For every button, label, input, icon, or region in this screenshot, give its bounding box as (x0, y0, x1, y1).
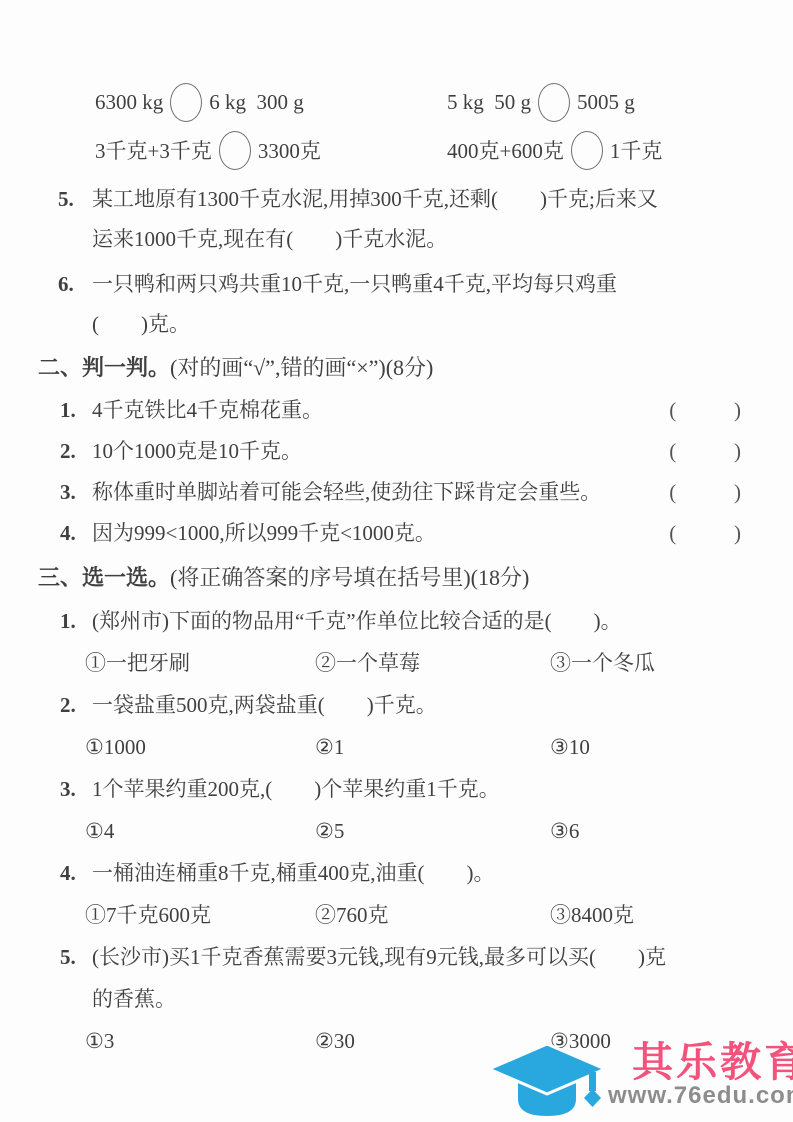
option-row: ①一把牙刷 ②一个草莓 ③一个冬瓜 (0, 642, 793, 684)
judge-item-4: 4. 因为999<1000,所以999千克<1000克。 ( ) (0, 513, 793, 554)
answer-bracket: ( ) (669, 513, 741, 554)
comparison-value: 3千克+3千克 (95, 135, 212, 165)
option-1: ①7千克600克 (85, 894, 315, 936)
question-line: 2.一袋盐重500克,两袋盐重( )千克。 (0, 684, 793, 726)
comparison-value: 400克+600克 (447, 135, 564, 165)
question-number: 3. (60, 768, 92, 810)
question-line: 的香蕉。 (0, 978, 793, 1020)
question-number: 2. (60, 684, 92, 726)
site-logo: 其乐教育 www.76edu.com (486, 1040, 793, 1118)
option-row: ①4 ②5 ③6 (0, 810, 793, 852)
question-text: 一桶油连桶重8千克,桶重400克,油重( )。 (92, 861, 495, 885)
question-text: 10个1000克是10千克。 (92, 431, 302, 472)
question-text: 一袋盐重500克,两袋盐重( )千克。 (92, 693, 437, 717)
option-3: ③10 (550, 726, 590, 768)
question-line: 1.(郑州市)下面的物品用“千克”作单位比较合适的是( )。 (0, 600, 793, 642)
section-note: (将正确答案的序号填在括号里)(18分) (170, 565, 529, 590)
comparison-value: 5005 g (577, 90, 635, 115)
choice-question-4: 4.一桶油连桶重8千克,桶重400克,油重( )。 ①7千克600克 ②760克… (0, 852, 793, 936)
question-line: 运来1000千克,现在有( )千克水泥。 (0, 219, 793, 259)
comparison-circle (571, 131, 603, 170)
option-2: ②一个草莓 (315, 642, 550, 684)
comparison-item: 6300 kg 6 kg 300 g (95, 83, 447, 122)
option-1: ①3 (85, 1020, 315, 1062)
judge-item-2: 2. 10个1000克是10千克。 ( ) (0, 431, 793, 472)
choice-question-3: 3.1个苹果约重200克,( )个苹果约重1千克。 ①4 ②5 ③6 (0, 768, 793, 852)
logo-name: 其乐教育 (608, 1040, 793, 1084)
choice-question-1: 1.(郑州市)下面的物品用“千克”作单位比较合适的是( )。 ①一把牙刷 ②一个… (0, 600, 793, 684)
comparison-item: 3千克+3千克 3300克 (95, 131, 447, 170)
question-text: (长沙市)买1千克香蕉需要3元钱,现有9元钱,最多可以买( )克 (92, 945, 666, 969)
comparison-value: 6300 kg (95, 90, 163, 115)
question-text: (郑州市)下面的物品用“千克”作单位比较合适的是( )。 (92, 609, 622, 633)
comparison-row: 6300 kg 6 kg 300 g 5 kg 50 g 5005 g (0, 78, 793, 126)
answer-bracket: ( ) (669, 390, 741, 431)
comparison-row: 3千克+3千克 3300克 400克+600克 1千克 (0, 126, 793, 174)
comparison-item: 400克+600克 1千克 (447, 131, 662, 170)
option-1: ①1000 (85, 726, 315, 768)
fill-question-6: 6.一只鸭和两只鸡共重10千克,一只鸭重4千克,平均每只鸡重 ( )克。 (0, 264, 793, 344)
question-text: 称体重时单脚站着可能会轻些,使劲往下踩肯定会重些。 (92, 472, 601, 513)
fill-question-5: 5.某工地原有1300千克水泥,用掉300千克,还剩( )千克;后来又 运来10… (0, 179, 793, 259)
question-text: 1个苹果约重200克,( )个苹果约重1千克。 (92, 777, 500, 801)
question-line: 4.一桶油连桶重8千克,桶重400克,油重( )。 (0, 852, 793, 894)
question-line: 5.(长沙市)买1千克香蕉需要3元钱,现有9元钱,最多可以买( )克 (0, 936, 793, 978)
option-3: ③6 (550, 810, 579, 852)
question-number: 5. (60, 936, 92, 978)
question-number: 6. (58, 264, 92, 304)
logo-text: 其乐教育 www.76edu.com (608, 1040, 793, 1110)
option-row: ①1000 ②1 ③10 (0, 726, 793, 768)
question-line: 3.1个苹果约重200克,( )个苹果约重1千克。 (0, 768, 793, 810)
section-choice-header: 三、选一选。(将正确答案的序号填在括号里)(18分) (0, 556, 793, 600)
question-number: 5. (58, 179, 92, 219)
comparison-value: 1千克 (610, 135, 663, 165)
comparison-block: 6300 kg 6 kg 300 g 5 kg 50 g 5005 g 3千克+… (0, 0, 793, 174)
option-2: ②1 (315, 726, 550, 768)
section-judge-header: 二、判一判。(对的画“√”,错的画“×”)(8分) (0, 346, 793, 390)
comparison-circle (538, 83, 570, 122)
graduation-cap-icon (486, 1042, 608, 1118)
question-number: 4. (60, 513, 92, 554)
question-line: ( )克。 (0, 304, 793, 344)
comparison-value: 5 kg 50 g (447, 90, 531, 115)
option-3: ③8400克 (550, 894, 634, 936)
answer-bracket: ( ) (669, 431, 741, 472)
section-note: (对的画“√”,错的画“×”)(8分) (170, 355, 433, 380)
comparison-circle (170, 83, 202, 122)
question-text: 4千克铁比4千克棉花重。 (92, 390, 323, 431)
section-title: 三、选一选。 (38, 565, 170, 590)
comparison-value: 6 kg 300 g (209, 90, 304, 115)
option-row: ①7千克600克 ②760克 ③8400克 (0, 894, 793, 936)
comparison-circle (219, 131, 251, 170)
comparison-value: 3300克 (258, 135, 321, 165)
question-number: 4. (60, 852, 92, 894)
question-number: 1. (60, 390, 92, 431)
question-text: 一只鸭和两只鸡共重10千克,一只鸭重4千克,平均每只鸡重 (92, 272, 617, 296)
option-1: ①一把牙刷 (85, 642, 315, 684)
question-line: 6.一只鸭和两只鸡共重10千克,一只鸭重4千克,平均每只鸡重 (0, 264, 793, 304)
question-text: 某工地原有1300千克水泥,用掉300千克,还剩( )千克;后来又 (92, 187, 658, 211)
worksheet-page: 6300 kg 6 kg 300 g 5 kg 50 g 5005 g 3千克+… (0, 0, 793, 1122)
option-2: ②5 (315, 810, 550, 852)
logo-url: www.76edu.com (608, 1082, 793, 1110)
question-number: 3. (60, 472, 92, 513)
option-2: ②760克 (315, 894, 550, 936)
option-1: ①4 (85, 810, 315, 852)
question-line: 5.某工地原有1300千克水泥,用掉300千克,还剩( )千克;后来又 (0, 179, 793, 219)
judge-item-3: 3. 称体重时单脚站着可能会轻些,使劲往下踩肯定会重些。 ( ) (0, 472, 793, 513)
choice-question-2: 2.一袋盐重500克,两袋盐重( )千克。 ①1000 ②1 ③10 (0, 684, 793, 768)
question-text: 因为999<1000,所以999千克<1000克。 (92, 513, 436, 554)
comparison-item: 5 kg 50 g 5005 g (447, 83, 635, 122)
section-title: 二、判一判。 (38, 355, 170, 380)
option-3: ③一个冬瓜 (550, 642, 655, 684)
answer-bracket: ( ) (669, 472, 741, 513)
question-number: 1. (60, 600, 92, 642)
judge-item-1: 1. 4千克铁比4千克棉花重。 ( ) (0, 390, 793, 431)
question-number: 2. (60, 431, 92, 472)
